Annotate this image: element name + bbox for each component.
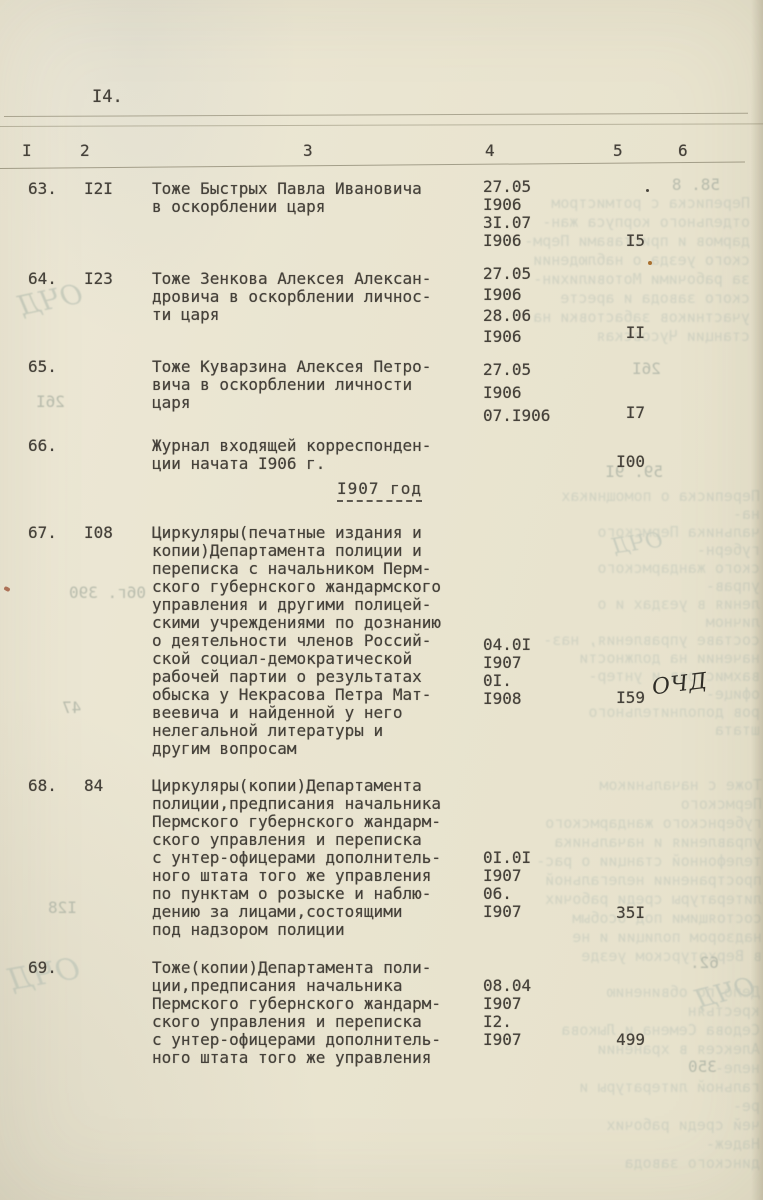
bleedthrough-numbers: 06г. 390 xyxy=(34,584,146,602)
column-header-5: 5 xyxy=(613,142,623,160)
old-inventory-number: I2I xyxy=(84,180,113,198)
horizontal-rule-top xyxy=(0,123,763,127)
entry-number: 64. xyxy=(28,270,57,288)
entry-description: Журнал входящей корреспонден- ции начата… xyxy=(152,437,497,473)
bleedthrough-numbers: I28 xyxy=(48,899,77,917)
bleedthrough-text-block: Тоже с начальником Пермского губернского… xyxy=(520,776,762,966)
bleedthrough-numbers: 350 xyxy=(688,1058,717,1076)
entry-description: Тоже Куварзина Алексея Петро- вича в оск… xyxy=(152,358,497,412)
bleedthrough-numbers: 26I xyxy=(632,360,661,378)
entry-description: Тоже Быстрых Павла Ивановича в оскорблен… xyxy=(152,180,497,216)
handwritten-note: ОЧД xyxy=(651,673,709,698)
sheet-count: I5 xyxy=(577,232,645,250)
ink-speck xyxy=(646,189,649,192)
bleedthrough-numbers: 26I xyxy=(36,393,65,411)
section-heading-1907: I907 год xyxy=(337,480,422,502)
bleedthrough-handwriting: ОЧД xyxy=(611,531,664,556)
column-header-3: 3 xyxy=(303,142,313,160)
scanned-archive-inventory-page: 58. 8 Переписка с ротмистром отдельного … xyxy=(0,0,763,1200)
horizontal-rule-top xyxy=(4,113,748,117)
bleedthrough-text-block: Переписка о помощниках на- чальника Перм… xyxy=(540,487,760,739)
page-edge-shadow xyxy=(751,0,763,1200)
sheet-count: I7 xyxy=(577,404,645,422)
sheet-count: 35I xyxy=(577,904,645,922)
entry-number: 69. xyxy=(28,959,57,977)
paper-stain xyxy=(3,586,10,592)
entry-dates: 08.04 I907 I2. I907 xyxy=(483,977,531,1049)
sheet-count: 499 xyxy=(577,1031,645,1049)
entry-description: Циркуляры(копии)Департамента полиции,пре… xyxy=(152,777,497,939)
bleedthrough-text-block: Дело по обвинению крестьян Седова Семена… xyxy=(550,983,760,1173)
entry-dates: 27.05 I906 07.I906 xyxy=(483,358,550,427)
entry-dates: 27.05 I906 3I.07 I906 xyxy=(483,178,531,250)
column-header-2: 2 xyxy=(80,142,90,160)
bleedthrough-numbers: 62. xyxy=(690,954,719,972)
entry-description: Циркуляры(печатные издания и копии)Депар… xyxy=(152,524,497,758)
entry-description: Тоже(копии)Департамента поли- ции,предпи… xyxy=(152,959,497,1067)
sheet-count: I00 xyxy=(577,453,645,471)
paper-stain xyxy=(648,261,652,265)
sheet-count: II xyxy=(577,324,645,342)
horizontal-rule-header xyxy=(0,161,745,169)
entry-number: 66. xyxy=(28,437,57,455)
entry-number: 65. xyxy=(28,358,57,376)
entry-dates: 0I.0I I907 06. I907 xyxy=(483,849,531,921)
bleedthrough-numbers: 47 xyxy=(62,699,81,717)
bleedthrough-handwriting: ОЧД xyxy=(17,285,84,316)
column-header-6: 6 xyxy=(678,142,688,160)
column-header-4: 4 xyxy=(485,142,495,160)
bleedthrough-numbers: 58. 8 xyxy=(595,176,720,194)
entry-dates: 04.0I I907 0I. I908 xyxy=(483,636,531,708)
old-inventory-number: I08 xyxy=(84,524,113,542)
entry-dates: 27.05 I906 28.06 I906 xyxy=(483,263,531,347)
page-number: I4. xyxy=(92,88,123,106)
entry-description: Тоже Зенкова Алексея Алексан- дровича в … xyxy=(152,270,497,324)
old-inventory-number: 84 xyxy=(84,777,103,795)
entry-number: 67. xyxy=(28,524,57,542)
sheet-count: I59 xyxy=(577,689,645,707)
entry-number: 63. xyxy=(28,180,57,198)
old-inventory-number: I23 xyxy=(84,270,113,288)
column-header-1: I xyxy=(22,142,32,160)
entry-number: 68. xyxy=(28,777,57,795)
